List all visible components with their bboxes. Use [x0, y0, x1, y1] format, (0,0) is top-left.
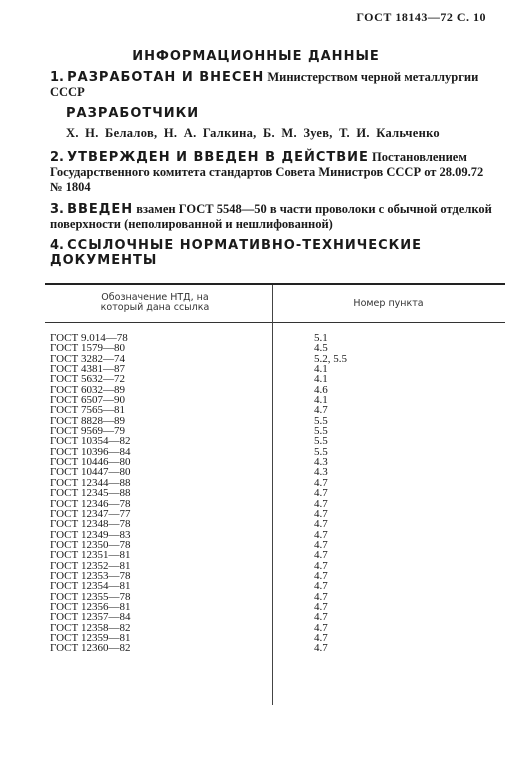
table-column-divider	[272, 285, 273, 705]
section-title: ИНФОРМАЦИОННЫЕ ДАННЫЕ	[0, 49, 512, 64]
developers-list: Х. Н. Белалов, Н. А. Галкина, Б. М. Зуев…	[66, 126, 440, 141]
item-3-caps: ВВЕДЕН	[67, 202, 133, 217]
item-4-caps: ССЫЛОЧНЫЕ НОРМАТИВНО-ТЕХНИЧЕСКИЕ ДОКУМЕН…	[50, 238, 422, 268]
table-header-designation: Обозначение НТД, на который дана ссылка	[80, 293, 230, 313]
developers-heading: РАЗРАБОТЧИКИ	[66, 106, 199, 121]
page-header: ГОСТ 18143—72 С. 10	[356, 10, 486, 25]
clause-number: 4.7	[314, 643, 328, 653]
ntd-designation: ГОСТ 12345—88	[50, 488, 130, 498]
item-2-caps: УТВЕРЖДЕН И ВВЕДЕН В ДЕЙСТВИЕ	[67, 150, 369, 165]
table-header-rule	[45, 322, 505, 323]
clause-number: 4.7	[314, 519, 328, 529]
item-1-caps: РАЗРАБОТАН И ВНЕСЕН	[67, 70, 264, 85]
table-top-rule	[45, 283, 505, 285]
ntd-designation: ГОСТ 12351—81	[50, 550, 130, 560]
ntd-designation: ГОСТ 12348—78	[50, 519, 130, 529]
ntd-designation: ГОСТ 12360—82	[50, 643, 130, 653]
item-3: 3. ВВЕДЕН взамен ГОСТ 5548—50 в части пр…	[50, 202, 498, 232]
item-1: 1. РАЗРАБОТАН И ВНЕСЕН Министерством чер…	[50, 70, 498, 100]
clause-number: 4.7	[314, 488, 328, 498]
item-2: 2. УТВЕРЖДЕН И ВВЕДЕН В ДЕЙСТВИЕ Постано…	[50, 150, 498, 195]
clause-number: 4.7	[314, 550, 328, 560]
item-4: 4. ССЫЛОЧНЫЕ НОРМАТИВНО-ТЕХНИЧЕСКИЕ ДОКУ…	[50, 238, 498, 268]
table-header-clause: Номер пункта	[272, 298, 505, 309]
